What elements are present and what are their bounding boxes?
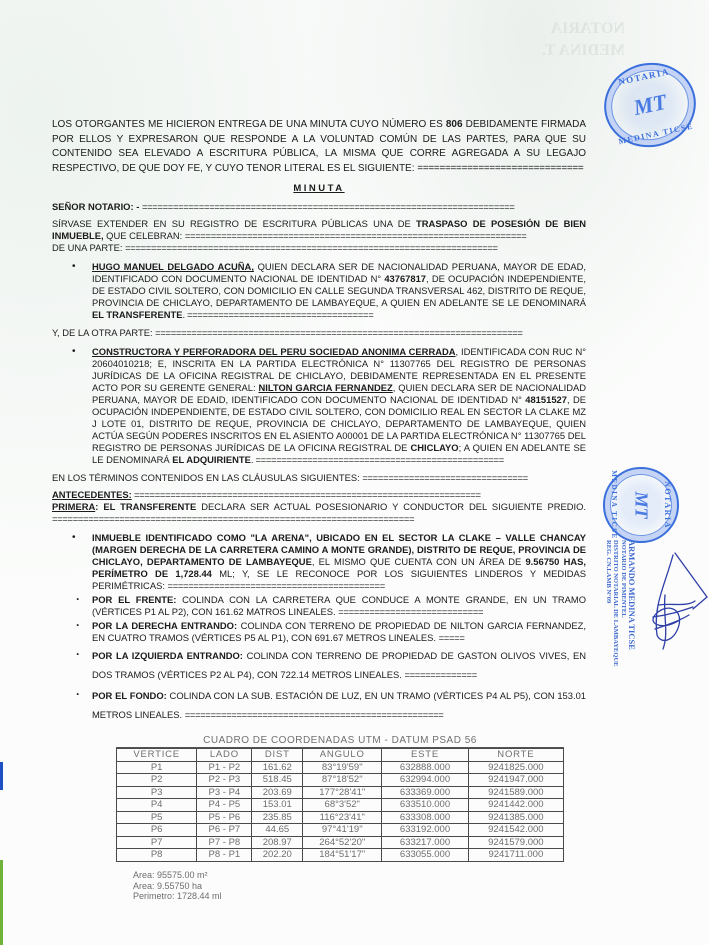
request-paragraph: SÍRVASE EXTENDER EN SU REGISTRO DE ESCRI… bbox=[52, 218, 586, 254]
scan-edge-marker-green bbox=[0, 860, 3, 945]
lindero-frente: POR EL FRENTE: COLINDA CON LA CARRETERA … bbox=[52, 594, 586, 618]
table-cell: 633369.000 bbox=[382, 786, 468, 799]
table-cell: 9241947.000 bbox=[468, 774, 563, 787]
column-header: ANGULO bbox=[303, 749, 382, 762]
table-row: P1P1 - P2161.6283°19'59"632888.000924182… bbox=[117, 761, 564, 774]
table-row: P6P6 - P744.6597°41'19"633192.0009241542… bbox=[117, 824, 564, 837]
table-cell: 633055.000 bbox=[382, 849, 468, 862]
table-cell: 177°28'41" bbox=[303, 786, 382, 799]
table-cell: 87°18'52" bbox=[303, 774, 382, 787]
table-cell: 9241542.000 bbox=[468, 824, 563, 837]
table-cell: 632888.000 bbox=[382, 761, 468, 774]
table-cell: 202.20 bbox=[252, 849, 303, 862]
table-cell: 9241579.000 bbox=[468, 836, 563, 849]
terms-line: EN LOS TÉRMINOS CONTENIDOS EN LAS CLÁUSU… bbox=[52, 471, 586, 484]
notary-district: DISTRITO NOTARIAL DE LAMBAYEQUE bbox=[612, 540, 620, 650]
table-cell: 9241825.000 bbox=[468, 761, 563, 774]
table-cell: 633217.000 bbox=[382, 836, 468, 849]
table-cell: 208.97 bbox=[252, 836, 303, 849]
table-cell: P7 bbox=[117, 836, 197, 849]
table-cell: P1 - P2 bbox=[197, 761, 252, 774]
table-cell: P1 bbox=[117, 761, 197, 774]
table-cell: 633510.000 bbox=[382, 799, 468, 812]
signature-icon bbox=[635, 545, 709, 655]
document-body: LOS OTORGANTES ME HICIERON ENTREGA DE UN… bbox=[52, 118, 586, 724]
table-cell: P2 bbox=[117, 774, 197, 787]
area-m2: Area: 95575.00 m² bbox=[133, 870, 222, 881]
column-header: ESTE bbox=[382, 749, 468, 762]
table-cell: 632994.000 bbox=[382, 774, 468, 787]
seal-top-monogram: MT bbox=[631, 89, 669, 121]
coordinates-table-block: CUADRO DE COORDENADAS UTM - DATUM PSAD 5… bbox=[116, 735, 564, 862]
table-cell: P7 - P8 bbox=[197, 836, 252, 849]
table-cell: 83°19'59" bbox=[303, 761, 382, 774]
table-cell: 97°41'19" bbox=[303, 824, 382, 837]
table-cell: 203.69 bbox=[252, 786, 303, 799]
coordinates-table: VERTICELADODISTANGULOESTENORTE P1P1 - P2… bbox=[116, 748, 564, 862]
table-cell: 184°51'17" bbox=[303, 849, 382, 862]
table-cell: 9241711.000 bbox=[468, 849, 563, 862]
table-cell: 9241442.000 bbox=[468, 799, 563, 812]
table-cell: 9241385.000 bbox=[468, 811, 563, 824]
table-cell: P6 - P7 bbox=[197, 824, 252, 837]
table-cell: P6 bbox=[117, 824, 197, 837]
property-description: INMUEBLE IDENTIFICADO COMO "LA ARENA", U… bbox=[52, 532, 586, 592]
table-cell: 235.85 bbox=[252, 811, 303, 824]
column-header: LADO bbox=[197, 749, 252, 762]
table-cell: 153.01 bbox=[252, 799, 303, 812]
intro-paragraph: LOS OTORGANTES ME HICIERON ENTREGA DE UN… bbox=[52, 118, 586, 176]
column-header: VERTICE bbox=[117, 749, 197, 762]
table-cell: 264°52'20" bbox=[303, 836, 382, 849]
antecedentes-heading: ANTECEDENTES: ==========================… bbox=[52, 489, 586, 501]
table-cell: 68°3'52" bbox=[303, 799, 382, 812]
table-row: P7P7 - P8208.97264°52'20"633217.00092415… bbox=[117, 836, 564, 849]
table-cell: 161.62 bbox=[252, 761, 303, 774]
column-header: DIST bbox=[252, 749, 303, 762]
table-row: P8P8 - P1202.20184°51'17"633055.00092417… bbox=[117, 849, 564, 862]
table-cell: P3 - P4 bbox=[197, 786, 252, 799]
table-cell: 633308.000 bbox=[382, 811, 468, 824]
table-cell: 44.65 bbox=[252, 824, 303, 837]
scan-edge-marker-blue bbox=[0, 762, 3, 790]
lindero-derecha: POR LA DERECHA ENTRANDO: COLINDA CON TER… bbox=[52, 620, 586, 644]
seal-side-monogram: MT bbox=[631, 492, 652, 519]
area-ha: Area: 9.55750 ha bbox=[133, 881, 222, 892]
bleed-through-header: NOTARIAMEDINA T. bbox=[485, 18, 625, 62]
table-cell: 518.45 bbox=[252, 774, 303, 787]
notary-title: NOTARIO DE PIMENTEL bbox=[620, 540, 628, 650]
seal-side-lower-text: MEDINA TICSE bbox=[610, 469, 618, 541]
clause-primera: PRIMERA: EL TRANSFERENTE DECLARA SER ACT… bbox=[52, 501, 586, 525]
lindero-fondo: POR EL FONDO: COLINDA CON LA SUB. ESTACI… bbox=[52, 686, 586, 724]
party-transferente: HUGO MANUEL DELGADO ACUÑA, QUIEN DECLARA… bbox=[52, 261, 586, 321]
table-cell: P8 - P1 bbox=[197, 849, 252, 862]
minuta-number: 806 bbox=[446, 119, 463, 130]
table-cell: P5 bbox=[117, 811, 197, 824]
table-row: P5P5 - P6235.85116°23'41"633308.00092413… bbox=[117, 811, 564, 824]
table-cell: P3 bbox=[117, 786, 197, 799]
perimeter: Perimetro: 1728.44 ml bbox=[133, 891, 222, 902]
table-cell: P2 - P3 bbox=[197, 774, 252, 787]
notary-registry: REG. CN.LAMB N°09 bbox=[605, 540, 613, 650]
notary-stamp-text: ARMANDO MEDINA TICSE NOTARIO DE PIMENTEL… bbox=[605, 540, 638, 650]
table-cell: 633192.000 bbox=[382, 824, 468, 837]
table-row: P4P4 - P5153.0168°3'52"633510.0009241442… bbox=[117, 799, 564, 812]
area-summary: Area: 95575.00 m² Area: 9.55750 ha Perim… bbox=[133, 870, 222, 902]
table-row: P3P3 - P4203.69177°28'41"633369.00092415… bbox=[117, 786, 564, 799]
document-title: MINUTA bbox=[52, 182, 586, 195]
salutation: SEÑOR NOTARIO: - =======================… bbox=[52, 200, 586, 213]
seal-side-upper-text: NOTARIA bbox=[663, 469, 672, 541]
table-cell: 9241589.000 bbox=[468, 786, 563, 799]
table-cell: P4 - P5 bbox=[197, 799, 252, 812]
table-cell: P4 bbox=[117, 799, 197, 812]
table-row: P2P2 - P3518.4587°18'52"632994.000924194… bbox=[117, 774, 564, 787]
table-cell: 116°23'41" bbox=[303, 811, 382, 824]
party-adquiriente: CONSTRUCTORA Y PERFORADORA DEL PERU SOCI… bbox=[52, 346, 586, 466]
column-header: NORTE bbox=[468, 749, 563, 762]
lindero-izquierda: POR LA IZQUIERDA ENTRANDO: COLINDA CON T… bbox=[52, 646, 586, 684]
table-cell: P8 bbox=[117, 849, 197, 862]
table-cell: P5 - P6 bbox=[197, 811, 252, 824]
notary-seal-side: NOTARIA MT MEDINA TICSE bbox=[603, 467, 679, 543]
other-party-line: Y, DE LA OTRA PARTE: ===================… bbox=[52, 326, 586, 339]
coordinates-table-caption: CUADRO DE COORDENADAS UTM - DATUM PSAD 5… bbox=[116, 735, 564, 748]
